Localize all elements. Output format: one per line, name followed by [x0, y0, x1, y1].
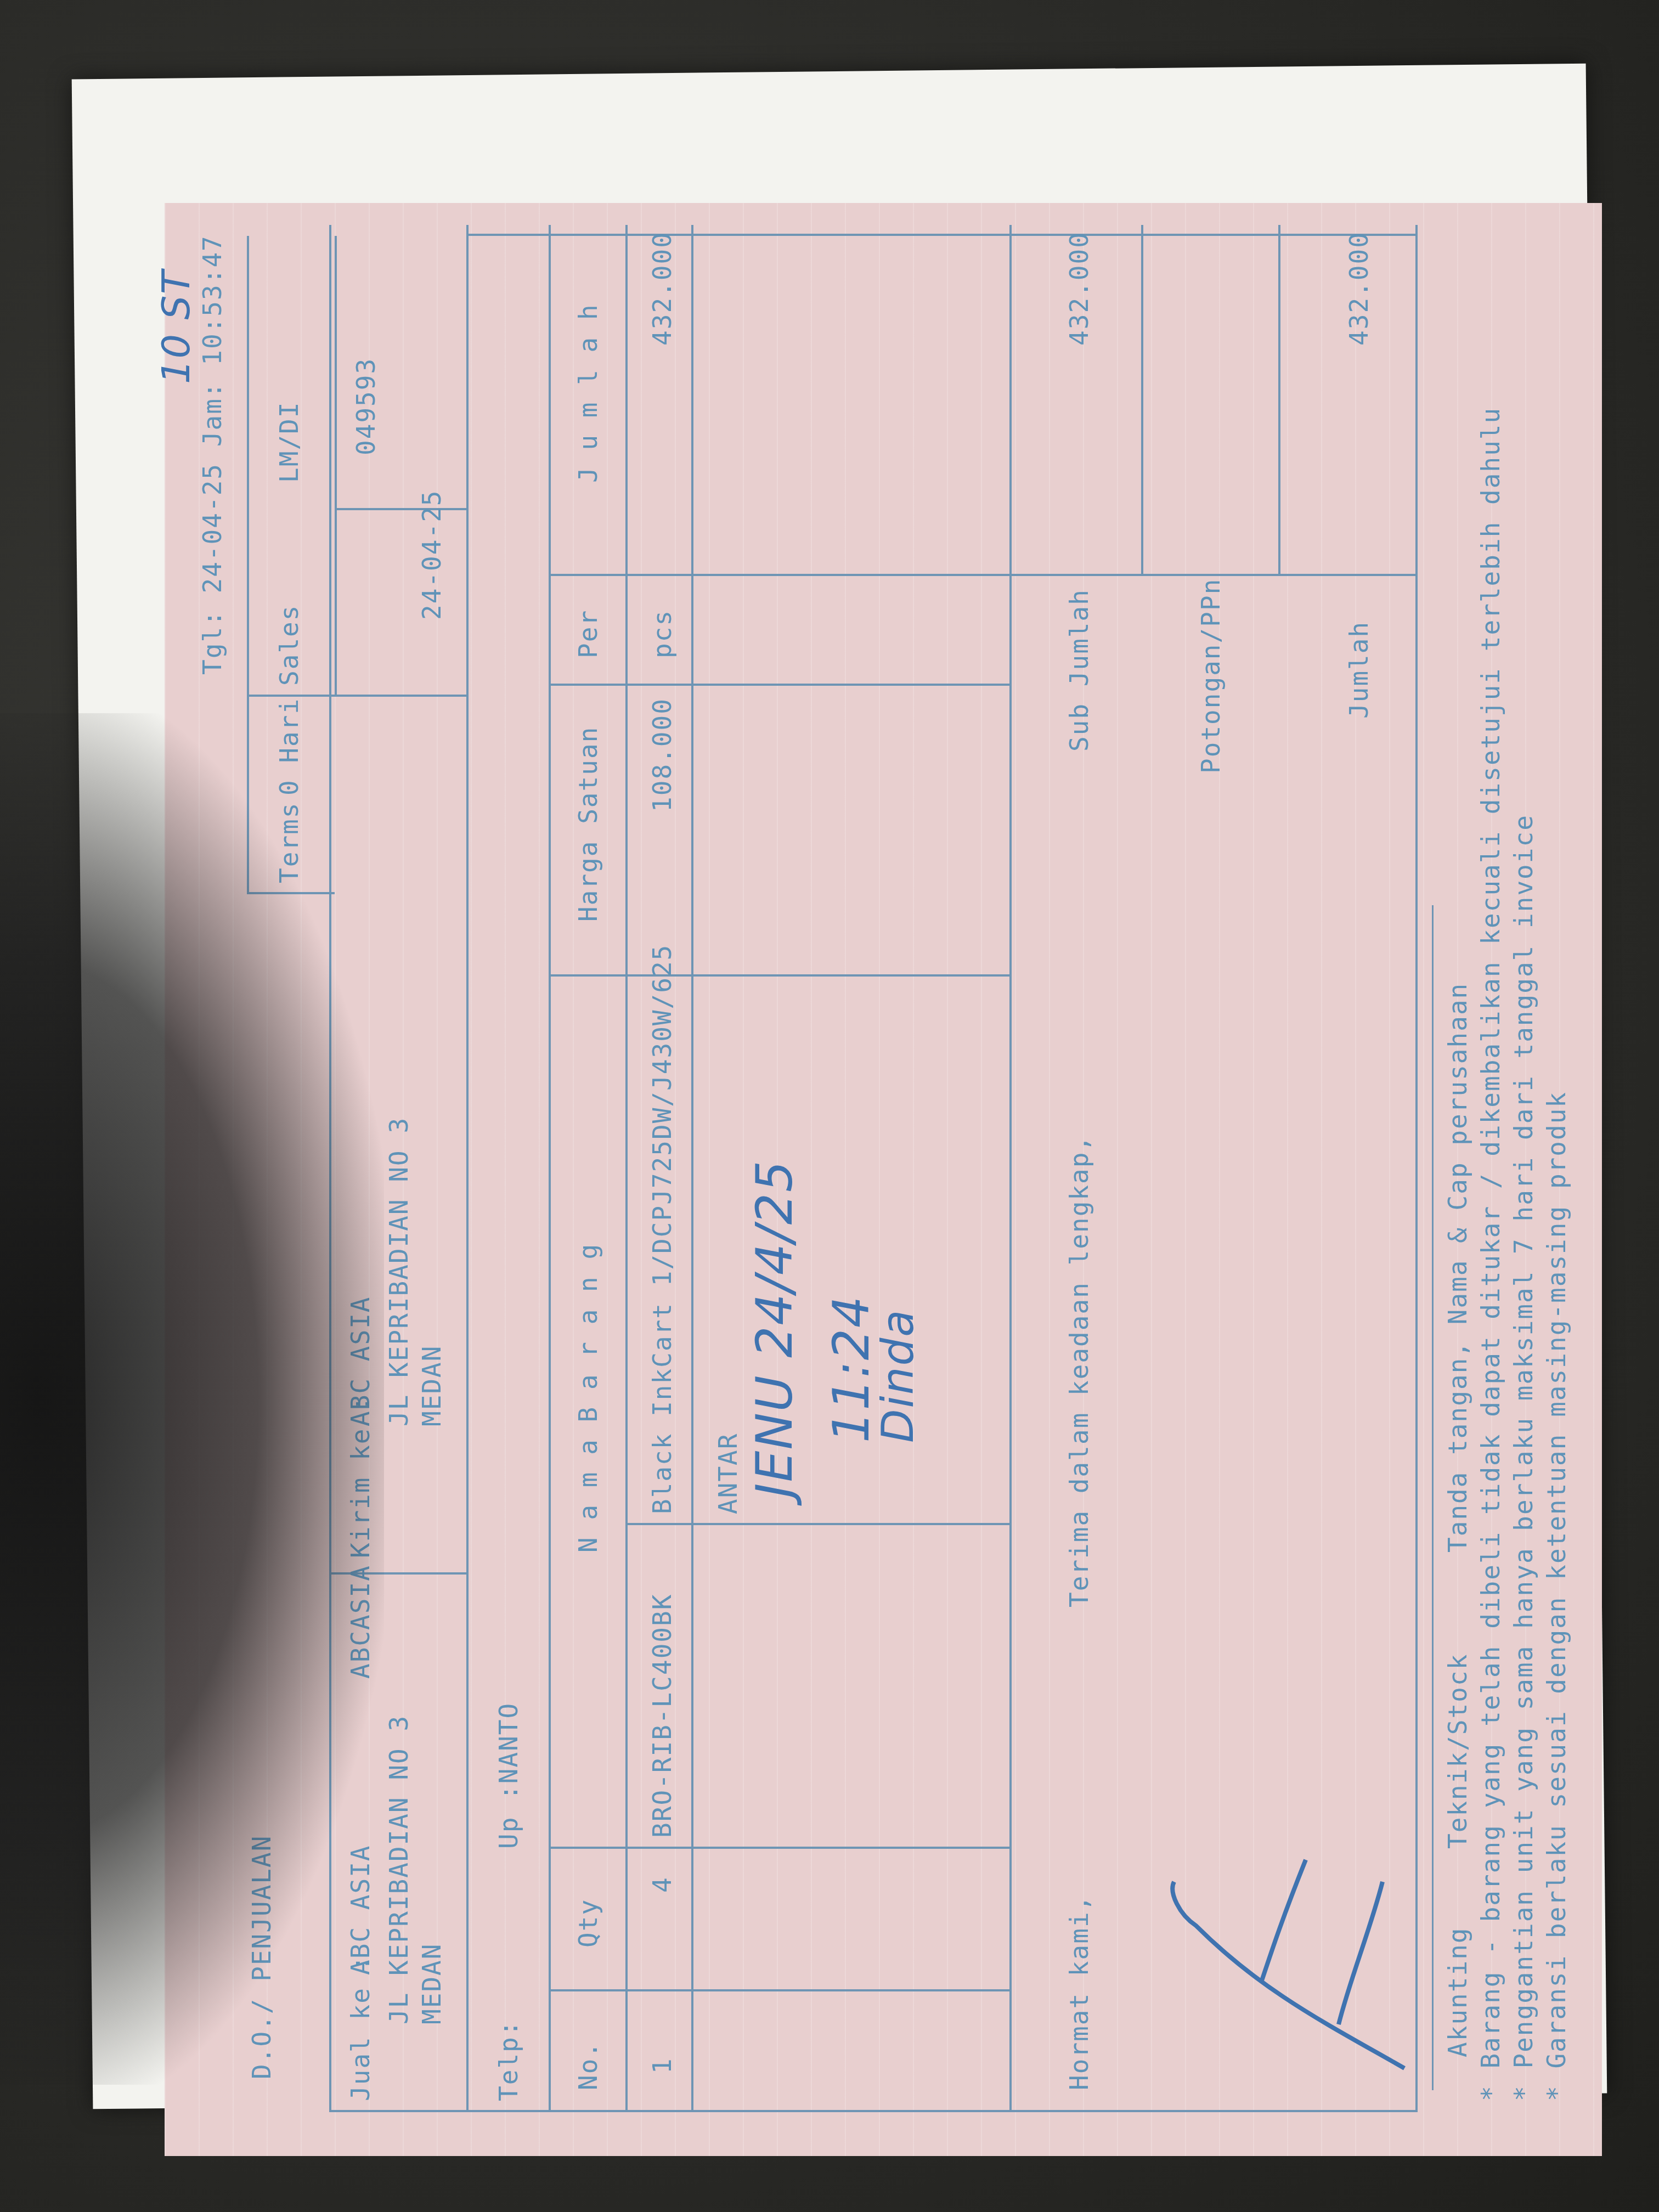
kirim-ke-city: MEDAN	[417, 1345, 447, 1426]
handwritten-receiver: JENU 24/4/25	[746, 1160, 804, 1498]
subtotal-value: 432.000	[1064, 232, 1094, 346]
kirim-ke-name: ABC ASIA	[346, 1296, 375, 1426]
row-price: 108.000	[647, 698, 677, 812]
total-label: Jumlah	[1344, 621, 1374, 719]
invoice-document: D.O./ PENJUALAN Tgl: 24-04-25 Jam: 10:53…	[165, 203, 1602, 2156]
note-3: * Garansi berlaku sesuai dengan ketentua…	[1542, 1091, 1571, 2101]
hormat-kami: Hormat kami,	[1064, 1895, 1094, 2090]
sales-value: LM/DI	[274, 402, 304, 483]
sales-label: Sales	[274, 605, 304, 686]
handwritten-mark: 10 ST	[154, 269, 199, 384]
col-qty: Qty	[573, 1899, 603, 1948]
signature	[1097, 1816, 1426, 2090]
subtotal-label: Sub Jumlah	[1064, 589, 1094, 752]
row-name: Black InkCart 1/DCPJ725DW/J430W/625	[647, 944, 677, 1514]
jual-ke-address: JL KEPRIBADIAN NO 3	[384, 1715, 414, 2024]
note-2: * Penggantian unit yang sama hanya berla…	[1509, 814, 1538, 2101]
col-per: Per	[573, 610, 603, 658]
handwritten-name: Dinda	[872, 1309, 923, 1443]
document-type: D.O./ PENJUALAN	[247, 1835, 276, 2079]
row-qty: 4	[647, 1876, 677, 1893]
kirim-ke-address: JL KEPRIBADIAN NO 3	[384, 1117, 414, 1426]
date-time: Tgl: 24-04-25 Jam: 10:53:47	[198, 235, 227, 675]
jual-ke-label: Jual ke :	[346, 1955, 375, 2101]
total-value: 432.000	[1344, 232, 1374, 346]
delivery-note: ANTAR	[713, 1433, 743, 1514]
col-amount: J u m l a h	[573, 303, 603, 483]
row-code: BRO-RIB-LC400BK	[647, 1594, 677, 1838]
customer-code: ABCASIA	[346, 1565, 375, 1679]
tanda-tangan: Tanda tangan, Nama & Cap perusahaan	[1443, 983, 1472, 1553]
invoice-date: 24-04-25	[417, 489, 447, 620]
note-1: * Barang - barang yang telah dibeli tida…	[1476, 407, 1505, 2101]
col-name: N a m a B a r a n g	[573, 1243, 603, 1553]
terms-value: 0 Hari	[274, 698, 304, 795]
col-price: Harga Satuan	[573, 726, 603, 922]
discount-label: Potongan/PPn	[1196, 578, 1226, 774]
col-no: No.	[573, 2041, 603, 2090]
terima-lengkap: Terima dalam keadaan lengkap,	[1064, 1135, 1094, 1607]
row-per: pcs	[647, 610, 677, 658]
terms-label: Terms	[274, 802, 304, 883]
up-label: Up :NANTO	[494, 1702, 523, 1849]
teknik-stock: Teknik/Stock	[1443, 1654, 1472, 1849]
jual-ke-name: ABC ASIA	[346, 1844, 375, 1975]
row-amount: 432.000	[647, 232, 677, 346]
akunting: Akunting	[1443, 1927, 1472, 2057]
invoice-number: 049593	[351, 358, 381, 455]
row-no: 1	[647, 2057, 677, 2074]
jual-ke-city: MEDAN	[417, 1943, 447, 2024]
telp-label: Telp:	[494, 2020, 523, 2101]
